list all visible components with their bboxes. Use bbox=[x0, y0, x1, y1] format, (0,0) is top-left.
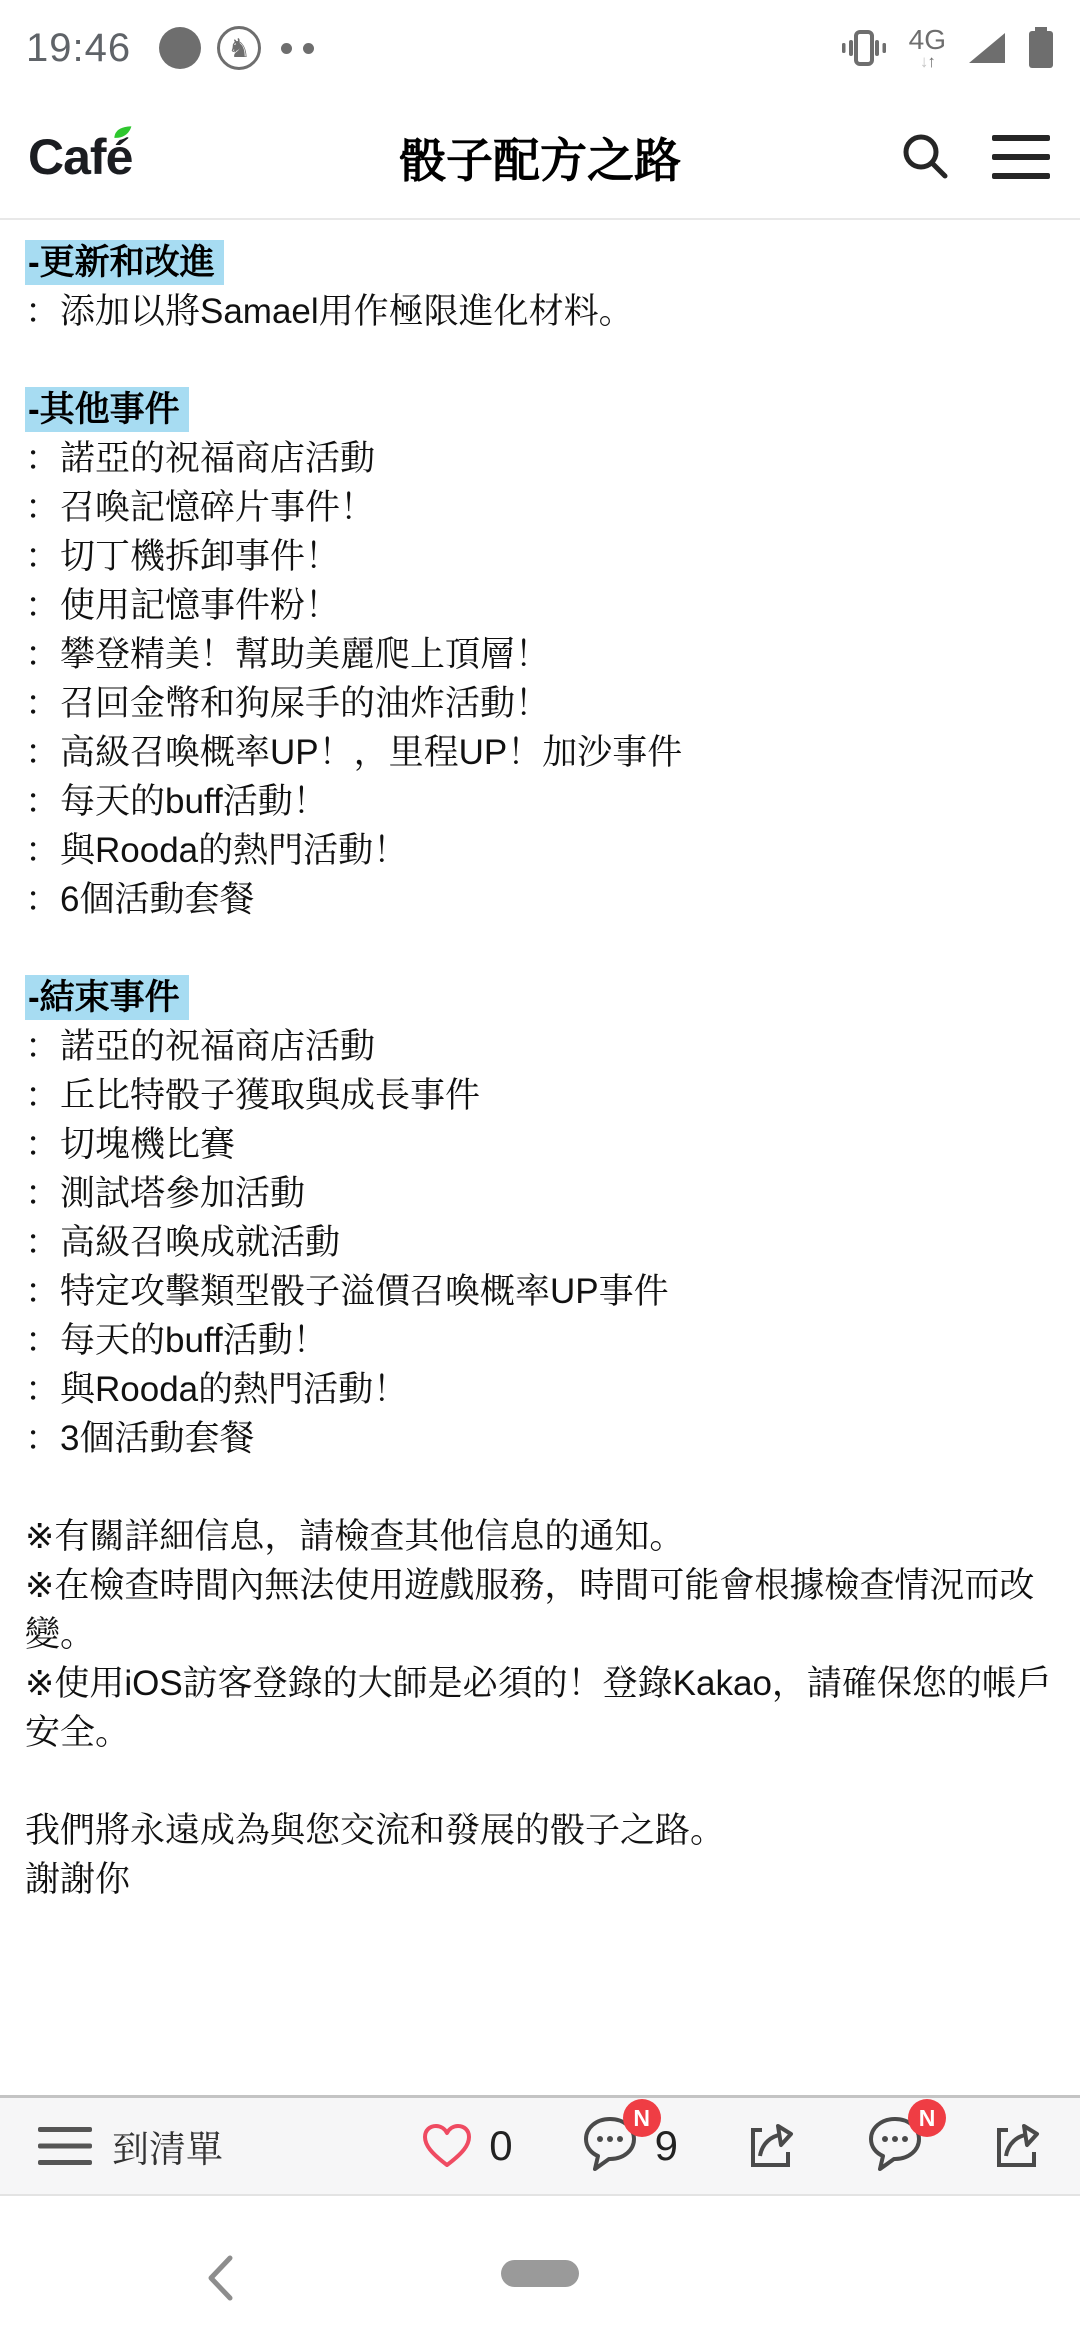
post-line: ：丘比特骰子獲取與成長事件 bbox=[25, 1071, 1055, 1120]
comment-button[interactable]: N 9 bbox=[581, 2115, 678, 2177]
app-header: Café 骰子配方之路 bbox=[0, 96, 1080, 220]
post-section-header: -更新和改進 bbox=[25, 238, 1055, 287]
post-line: ：添加以將Samael用作極限進化材料。 bbox=[25, 287, 1055, 336]
post-line bbox=[25, 1757, 1055, 1806]
back-icon bbox=[205, 2254, 235, 2302]
post-text: 我們將永遠成為與您交流和發展的骰子之路。 bbox=[25, 1811, 725, 1850]
bottom-bar: 到清單 0 N 9 bbox=[0, 2095, 1080, 2196]
menu-icon bbox=[992, 134, 1050, 180]
post-line: ：召回金幣和狗屎手的油炸活動！ bbox=[25, 679, 1055, 728]
network-4g-icon: 4G ↓↑ bbox=[909, 26, 946, 70]
post-line: ：每天的buff活動！ bbox=[25, 777, 1055, 826]
to-list-label: 到清單 bbox=[112, 2119, 223, 2173]
post-section-header: -其他事件 bbox=[25, 385, 1055, 434]
list-icon bbox=[38, 2125, 92, 2167]
post-line: ：召喚記憶碎片事件！ bbox=[25, 483, 1055, 532]
share-icon bbox=[746, 2120, 798, 2172]
nav-bar bbox=[0, 2196, 1080, 2340]
post-line: ※有關詳細信息，請檢查其他信息的通知。 bbox=[25, 1512, 1055, 1561]
post-line: ：特定攻擊類型骰子溢價召喚概率UP事件 bbox=[25, 1267, 1055, 1316]
post-text: ：丘比特骰子獲取與成長事件 bbox=[25, 1076, 480, 1115]
heart-icon bbox=[421, 2123, 473, 2169]
post-text: ：諾亞的祝福商店活動 bbox=[25, 439, 375, 478]
new-badge: N bbox=[623, 2099, 661, 2137]
post-line: ※使用iOS訪客登錄的大師是必須的！登錄Kakao，請確保您的帳戶安全。 bbox=[25, 1659, 1055, 1757]
post-text: ：召回金幣和狗屎手的油炸活動！ bbox=[25, 684, 550, 723]
post-line: ：測試塔參加活動 bbox=[25, 1169, 1055, 1218]
post-text: ：與Rooda的熱門活動！ bbox=[25, 831, 408, 870]
post-text: ：切丁機拆卸事件！ bbox=[25, 537, 340, 576]
search-button[interactable] bbox=[900, 131, 952, 183]
post-content: -更新和改進：添加以將Samael用作極限進化材料。-其他事件：諾亞的祝福商店活… bbox=[0, 222, 1080, 1904]
share-button[interactable] bbox=[746, 2120, 798, 2172]
post-line: 謝謝你 bbox=[25, 1855, 1055, 1904]
post-line: ：3個活動套餐 bbox=[25, 1414, 1055, 1463]
home-pill[interactable] bbox=[501, 2260, 579, 2287]
post-line: ：攀登精美！幫助美麗爬上頂層！ bbox=[25, 630, 1055, 679]
status-bar: 19:46 ♞ 4G ↓↑ bbox=[0, 0, 1080, 96]
vibrate-icon bbox=[841, 28, 887, 68]
to-list-button[interactable]: 到清單 bbox=[38, 2119, 223, 2173]
post-line bbox=[25, 924, 1055, 973]
post-text: ：切塊機比賽 bbox=[25, 1125, 235, 1164]
leaf-icon bbox=[110, 122, 136, 142]
post-text: ※有關詳細信息，請檢查其他信息的通知。 bbox=[25, 1517, 684, 1556]
post-section-header: -結束事件 bbox=[25, 973, 1055, 1022]
post-text: ：使用記憶事件粉！ bbox=[25, 586, 340, 625]
post-line: ：諾亞的祝福商店活動 bbox=[25, 434, 1055, 483]
post-line: ：切塊機比賽 bbox=[25, 1120, 1055, 1169]
post-line: ：高級召喚概率UP！，里程UP！加沙事件 bbox=[25, 728, 1055, 777]
post-text: ：特定攻擊類型骰子溢價召喚概率UP事件 bbox=[25, 1272, 669, 1311]
chat-button[interactable]: N bbox=[866, 2115, 924, 2177]
post-line: ：與Rooda的熱門活動！ bbox=[25, 1365, 1055, 1414]
chat-new-badge: N bbox=[908, 2099, 946, 2137]
like-button[interactable]: 0 bbox=[421, 2122, 512, 2170]
app-notification-icon: ♞ bbox=[217, 26, 261, 70]
signal-icon bbox=[968, 32, 1006, 64]
post-text: ：攀登精美！幫助美麗爬上頂層！ bbox=[25, 635, 550, 674]
post-line: ：每天的buff活動！ bbox=[25, 1316, 1055, 1365]
cafe-logo[interactable]: Café bbox=[28, 128, 132, 186]
like-count: 0 bbox=[489, 2122, 512, 2170]
post-text: ：諾亞的祝福商店活動 bbox=[25, 1027, 375, 1066]
post-text: ：高級召喚概率UP！，里程UP！加沙事件 bbox=[25, 733, 682, 772]
page-title: 骰子配方之路 bbox=[399, 124, 681, 191]
post-line bbox=[25, 1463, 1055, 1512]
post-text: ：添加以將Samael用作極限進化材料。 bbox=[25, 292, 634, 331]
post-line: ：切丁機拆卸事件！ bbox=[25, 532, 1055, 581]
search-icon bbox=[900, 131, 952, 183]
external-share-button[interactable] bbox=[992, 2120, 1044, 2172]
post-text: 謝謝你 bbox=[25, 1860, 130, 1899]
share-icon bbox=[992, 2120, 1044, 2172]
clock: 19:46 bbox=[26, 26, 131, 71]
post-line: ：諾亞的祝福商店活動 bbox=[25, 1022, 1055, 1071]
post-text: ：每天的buff活動！ bbox=[25, 782, 328, 821]
screen: 19:46 ♞ 4G ↓↑ bbox=[0, 0, 1080, 2340]
menu-button[interactable] bbox=[992, 134, 1050, 180]
post-text: ：6個活動套餐 bbox=[25, 880, 254, 919]
post-text: ※使用iOS訪客登錄的大師是必須的！登錄Kakao，請確保您的帳戶安全。 bbox=[25, 1664, 1052, 1752]
post-text: ：每天的buff活動！ bbox=[25, 1321, 328, 1360]
post-line: 我們將永遠成為與您交流和發展的骰子之路。 bbox=[25, 1806, 1055, 1855]
highlighted-text: -結束事件 bbox=[25, 975, 189, 1020]
post-line: ：6個活動套餐 bbox=[25, 875, 1055, 924]
post-text: ：召喚記憶碎片事件！ bbox=[25, 488, 375, 527]
highlighted-text: -更新和改進 bbox=[25, 240, 224, 285]
post-line: ※在檢查時間內無法使用遊戲服務，時間可能會根據檢查情況而改變。 bbox=[25, 1561, 1055, 1659]
status-icons: 4G ↓↑ bbox=[841, 26, 1054, 70]
notification-circle-icon bbox=[159, 27, 201, 69]
comment-count: 9 bbox=[655, 2122, 678, 2170]
post-text: ：測試塔參加活動 bbox=[25, 1174, 305, 1213]
post-line: ：與Rooda的熱門活動！ bbox=[25, 826, 1055, 875]
post-text: ：3個活動套餐 bbox=[25, 1419, 254, 1458]
post-line bbox=[25, 336, 1055, 385]
post-line: ：高級召喚成就活動 bbox=[25, 1218, 1055, 1267]
post-text: ：高級召喚成就活動 bbox=[25, 1223, 340, 1262]
post-line: ：使用記憶事件粉！ bbox=[25, 581, 1055, 630]
battery-icon bbox=[1028, 27, 1054, 69]
highlighted-text: -其他事件 bbox=[25, 387, 189, 432]
post-text: ：與Rooda的熱門活動！ bbox=[25, 1370, 408, 1409]
more-dots-icon bbox=[281, 43, 314, 54]
back-button[interactable] bbox=[205, 2254, 235, 2302]
post-text: ※在檢查時間內無法使用遊戲服務，時間可能會根據檢查情況而改變。 bbox=[25, 1566, 1034, 1654]
